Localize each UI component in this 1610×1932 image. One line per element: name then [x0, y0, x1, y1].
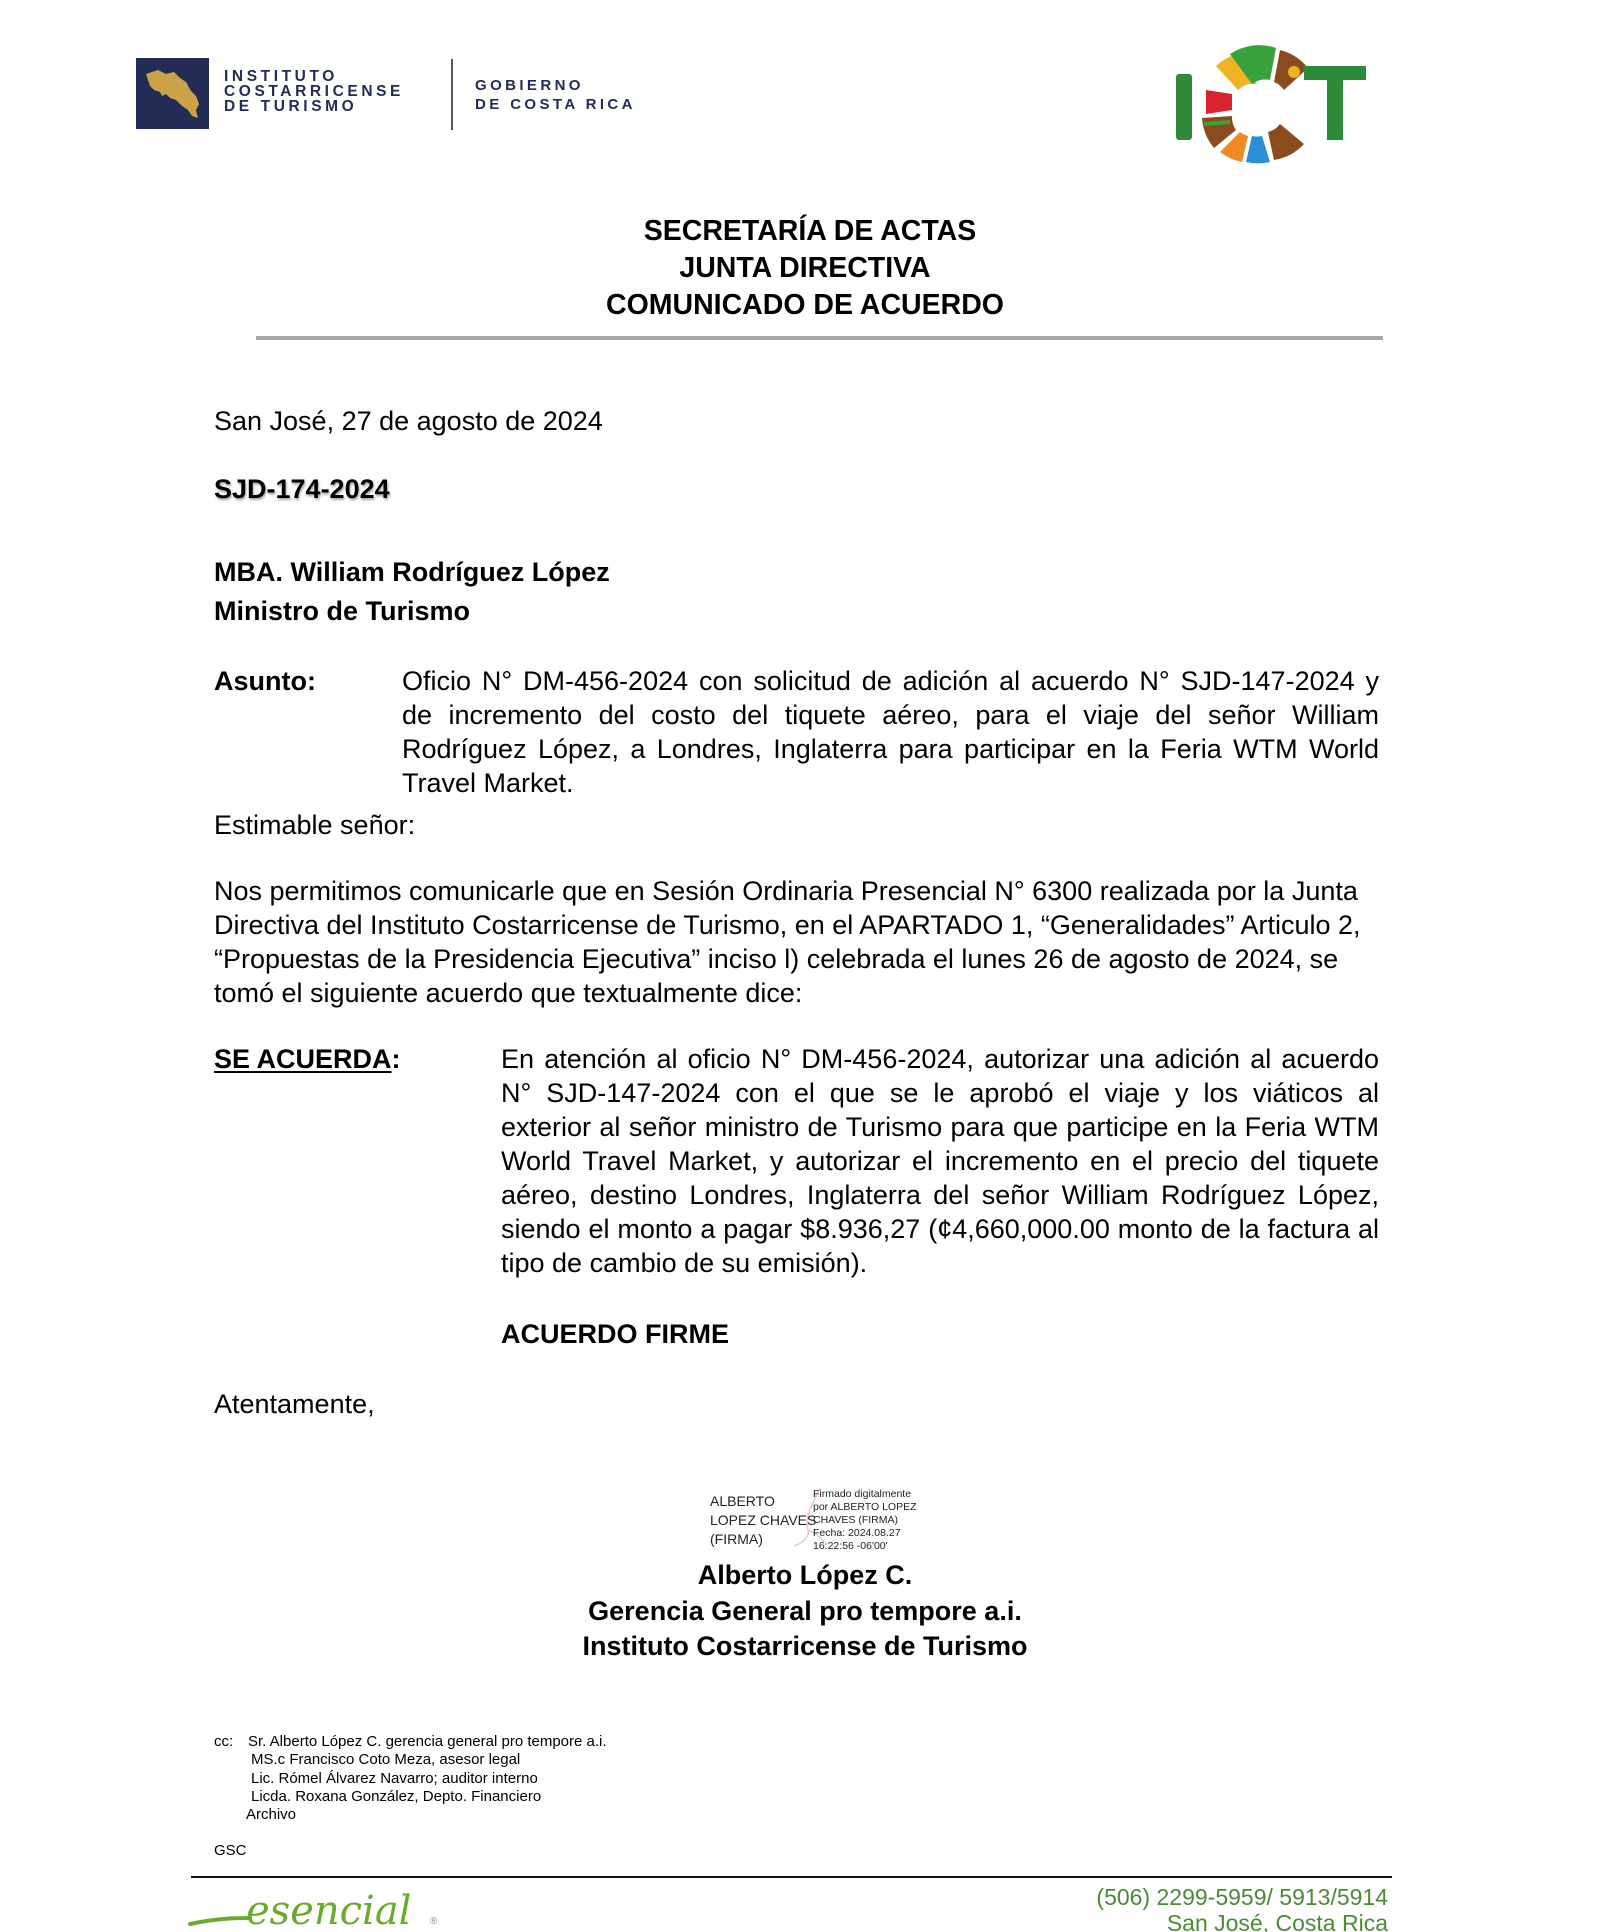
header-divider	[451, 59, 453, 130]
cc-item: Lic. Rómel Álvarez Navarro; auditor inte…	[248, 1770, 607, 1788]
agreement-label: SE ACUERDA:	[214, 1042, 401, 1076]
footer-location: San José, Costa Rica	[1096, 1910, 1388, 1932]
cc-item: MS.c Francisco Coto Meza, asesor legal	[248, 1751, 607, 1769]
recipient-title: Ministro de Turismo	[214, 592, 610, 631]
agreement-text: En atención al oficio N° DM-456-2024, au…	[501, 1042, 1379, 1280]
recipient-name: MBA. William Rodríguez López	[214, 553, 610, 592]
signer-name: Alberto López C.	[0, 1558, 1610, 1594]
intro-paragraph: Nos permitimos comunicarle que en Sesión…	[214, 874, 1389, 1010]
subject-label: Asunto:	[214, 664, 316, 698]
ict-emblem-logo	[136, 58, 209, 129]
ict-logo-icon	[1176, 44, 1366, 164]
footer-phone: (506) 2299-5959/ 5913/5914	[1096, 1884, 1388, 1910]
government-name: GOBIERNO DE COSTA RICA	[475, 76, 636, 114]
esencial-brand-logo: esencial ®	[188, 1874, 448, 1932]
digital-signature-details: Firmado digitalmente por ALBERTO LOPEZ C…	[813, 1488, 917, 1553]
author-initials: GSC	[214, 1842, 247, 1859]
digital-signature-name: ALBERTO LOPEZ CHAVES (FIRMA)	[710, 1492, 816, 1549]
reference-number: SJD-174-2024	[214, 472, 390, 506]
letter-date: San José, 27 de agosto de 2024	[214, 404, 603, 438]
firm-agreement-note: ACUERDO FIRME	[501, 1317, 729, 1351]
cc-item: Sr. Alberto López C. gerencia general pr…	[248, 1733, 607, 1751]
cc-item: Licda. Roxana González, Depto. Financier…	[248, 1788, 607, 1806]
closing: Atentamente,	[214, 1387, 375, 1421]
subject-text: Oficio N° DM-456-2024 con solicitud de a…	[402, 664, 1379, 800]
footer-contact: (506) 2299-5959/ 5913/5914 San José, Cos…	[1096, 1884, 1388, 1932]
signer-block: Alberto López C. Gerencia General pro te…	[0, 1558, 1610, 1665]
greeting: Estimable señor:	[214, 808, 415, 842]
ict-brand-logo	[1176, 44, 1366, 164]
costa-rica-map-icon	[136, 58, 209, 129]
document-title: SECRETARÍA DE ACTAS JUNTA DIRECTIVA COMU…	[0, 213, 1610, 324]
svg-text:®: ®	[430, 1916, 438, 1927]
title-divider	[256, 336, 1383, 340]
svg-text:esencial: esencial	[246, 1888, 411, 1932]
cc-label: cc:	[214, 1733, 233, 1751]
signer-organization: Instituto Costarricense de Turismo	[0, 1629, 1610, 1665]
recipient: MBA. William Rodríguez López Ministro de…	[214, 553, 610, 631]
cc-item: Archivo	[246, 1806, 607, 1824]
signer-position: Gerencia General pro tempore a.i.	[0, 1594, 1610, 1630]
institute-name: INSTITUTO COSTARRICENSE DE TURISMO	[224, 69, 404, 114]
esencial-logo-icon: esencial ®	[188, 1874, 448, 1932]
